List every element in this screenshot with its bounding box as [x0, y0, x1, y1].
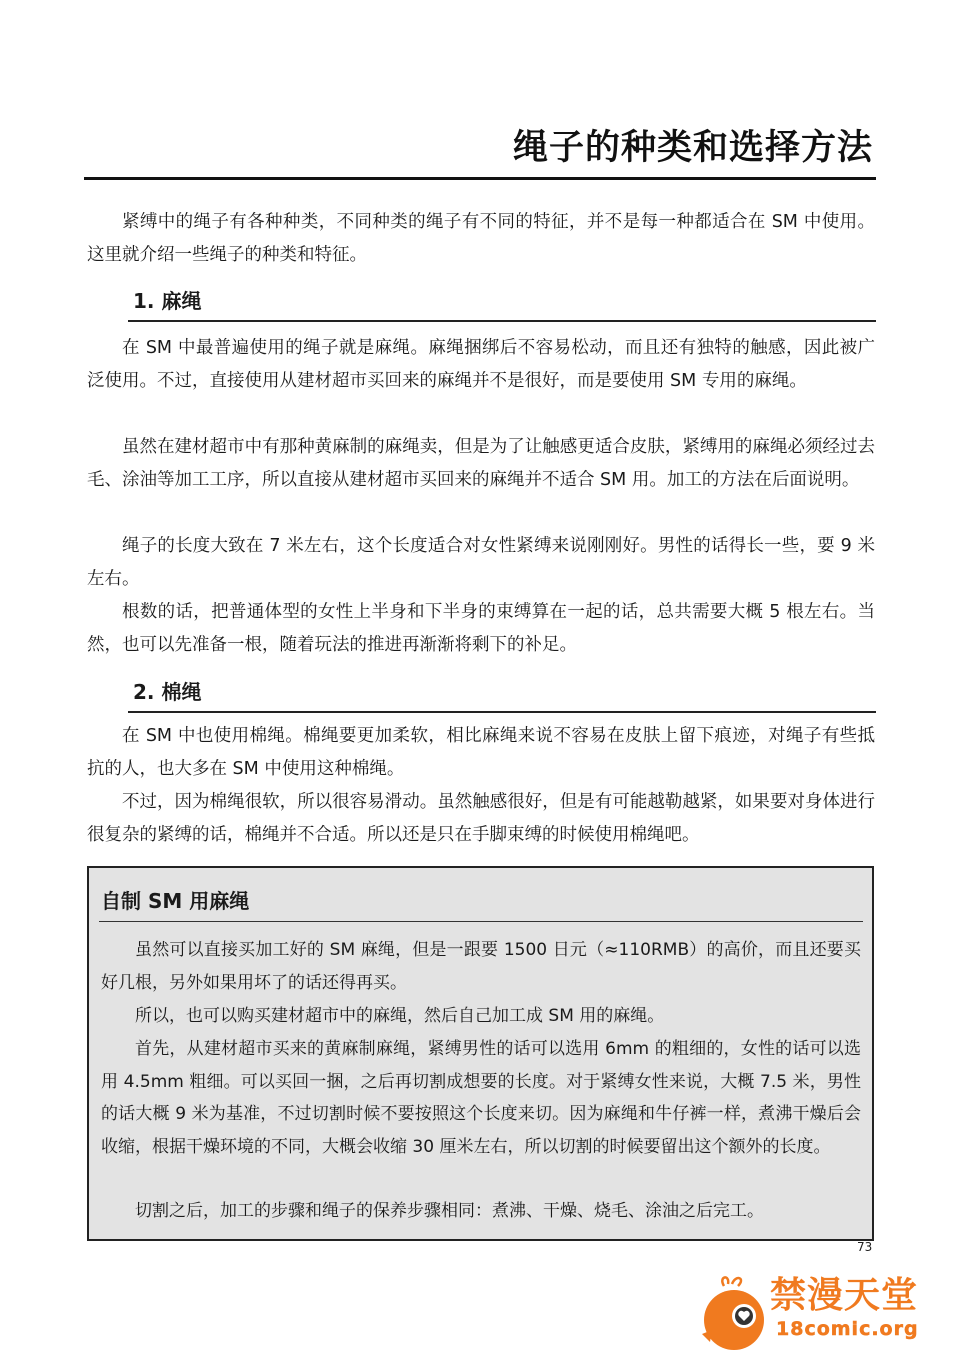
paragraph: 在 SM 中最普遍使用的绳子就是麻绳。麻绳捆绑后不容易松动，而且还有独特的触感，…: [87, 332, 875, 398]
sidebox-paragraph: 所以，也可以购买建材超市中的麻绳，然后自己加工成 SM 用的麻绳。: [101, 1000, 861, 1033]
sidebox-paragraph: 虽然可以直接买加工好的 SM 麻绳，但是一跟要 1500 日元（≈110RMB）…: [101, 934, 861, 999]
sidebox-paragraph: 首先，从建材超市买来的黄麻制麻绳，紧缚男性的话可以选用 6mm 的粗细的，女性的…: [101, 1033, 861, 1163]
paragraph: 根数的话，把普通体型的女性上半身和下半身的束缚算在一起的话，总共需要大概 5 根…: [87, 596, 875, 662]
section-divider: [128, 320, 876, 322]
watermark-url: 18comic.org: [776, 1318, 919, 1340]
section-divider: [128, 711, 876, 713]
watermark-logo: 禁漫天堂 18comic.org: [698, 1272, 928, 1352]
paragraph: 在 SM 中也使用棉绳。棉绳要更加柔软，相比麻绳来说不容易在皮肤上留下痕迹，对绳…: [87, 720, 875, 786]
watermark-site-name: 禁漫天堂: [770, 1274, 918, 1318]
orange-whale-heart-icon: [698, 1272, 772, 1352]
page-title: 绳子的种类和选择方法: [513, 124, 873, 172]
section-heading-hemp-rope: 1. 麻绳: [133, 286, 201, 316]
sidebox-diy-rope: 自制 SM 用麻绳 虽然可以直接买加工好的 SM 麻绳，但是一跟要 1500 日…: [87, 866, 874, 1241]
section-heading-cotton-rope: 2. 棉绳: [133, 677, 201, 707]
paragraph: 不过，因为棉绳很软，所以很容易滑动。虽然触感很好，但是有可能越勒越紧，如果要对身…: [87, 786, 875, 852]
intro-paragraph: 紧缚中的绳子有各种种类，不同种类的绳子有不同的特征，并不是每一种都适合在 SM …: [87, 206, 875, 272]
title-divider: [84, 177, 876, 180]
paragraph: 虽然在建材超市中有那种黄麻制的麻绳卖，但是为了让触感更适合皮肤，紧缚用的麻绳必须…: [87, 431, 875, 497]
sidebox-title: 自制 SM 用麻绳: [101, 886, 249, 916]
paragraph: 绳子的长度大致在 7 米左右，这个长度适合对女性紧缚来说刚刚好。男性的话得长一些…: [87, 530, 875, 596]
sidebox-paragraph: 切割之后，加工的步骤和绳子的保养步骤相同：煮沸、干燥、烧毛、涂油之后完工。: [101, 1195, 861, 1228]
page-number: 73: [857, 1240, 872, 1254]
sidebox-divider: [99, 921, 863, 922]
